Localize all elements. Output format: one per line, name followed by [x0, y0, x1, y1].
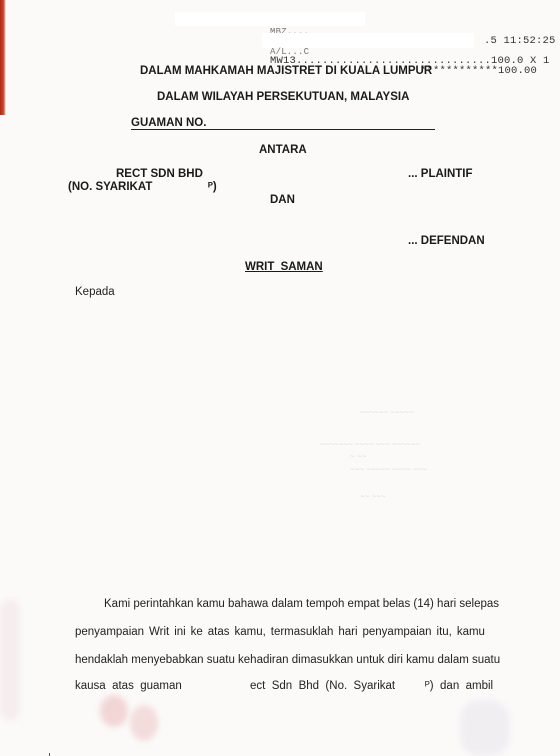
body-word: ke [191, 626, 203, 638]
court-jurisdiction: DALAM WILAYAH PERSEKUTUAN, MALAYSIA [157, 91, 409, 103]
salutation: Kepada [75, 286, 115, 298]
body-word: kamu, [234, 626, 265, 638]
plaintiff-reg-prefix: (NO. SYARIKAT [68, 181, 152, 193]
document-title: WRIT SAMAN [245, 261, 323, 273]
plaintiff-reg-suffix: ᴾ) [208, 181, 217, 193]
body-word: itu, [437, 626, 452, 638]
and-label: DAN [270, 194, 295, 206]
court-title: DALAM MAHKAMAH MAJISTRET DI KUALA LUMPUR [140, 65, 432, 77]
body-line-4a: kausa atas guaman [75, 680, 182, 692]
body-word: atas [208, 626, 230, 638]
stain-mark [460, 700, 510, 756]
plaintiff-role: ... PLAINTIF [408, 168, 473, 180]
stain-mark [100, 695, 128, 727]
red-paper-edge [0, 0, 6, 115]
body-word: Writ [149, 626, 169, 638]
bleed-through-text: ~~~ ~~~~~ ~~~~ ~~~ [350, 465, 427, 474]
body-word: penyampaian [75, 626, 144, 638]
receipt-time: .5 11:52:25 [484, 35, 556, 47]
between-label: ANTARA [259, 144, 307, 156]
body-line-4b: ect Sdn Bhd (No. Syarikat [250, 680, 395, 692]
redaction-block [262, 33, 474, 48]
body-line-3: hendaklah menyebabkan suatu kehadiran di… [75, 654, 500, 666]
body-word: penyampaian [363, 626, 432, 638]
redaction-block [175, 12, 365, 26]
body-word: hari [338, 626, 357, 638]
receipt-total-line: ************100.00 [420, 65, 537, 77]
body-word: ini [174, 626, 186, 638]
bleed-through-text: ~~~~~~ ~~~~~ [360, 408, 414, 417]
case-number-line [131, 129, 435, 130]
bleed-through-text: ~~ ~~~ [360, 492, 386, 501]
bleed-through-text: ~~~~~~~ ~~~~ ~~~ ~~~~~~ [320, 440, 420, 449]
body-word: termasuklah [271, 626, 334, 638]
case-number-label: GUAMAN NO. [131, 117, 206, 129]
stain-mark [0, 600, 20, 720]
stain-mark [130, 705, 158, 741]
body-line-2: penyampaianWritinikeataskamu,termasuklah… [75, 626, 485, 638]
bleed-through-text: ~ ~~ [350, 452, 366, 461]
defendant-role: ... DEFENDAN [408, 235, 485, 247]
body-word: kamu [457, 626, 485, 638]
body-line-1: Kami perintahkan kamu bahawa dalam tempo… [104, 598, 499, 610]
plaintiff-name: RECT SDN BHD [116, 168, 203, 180]
body-line-4c: ᴾ) dan ambil [425, 680, 493, 692]
